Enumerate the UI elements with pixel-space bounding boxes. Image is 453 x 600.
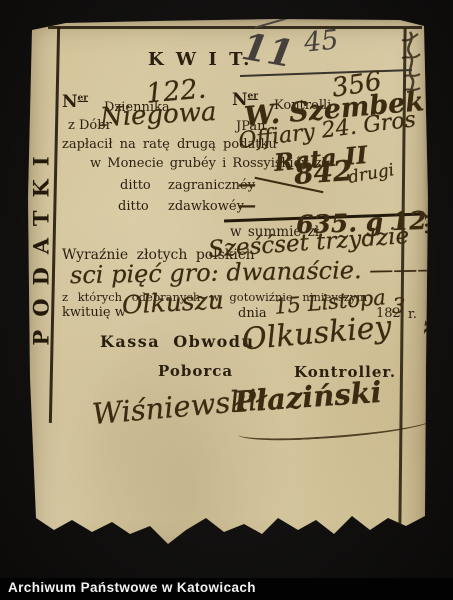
side-vertical-label-text: PODATKI (29, 143, 54, 345)
dobr-value: Niegowa (99, 97, 217, 133)
receipt-document: PODATKI K W I T. 11 45 Ner Dziennika 122… (26, 18, 428, 556)
year-handwritten: 3 (392, 294, 405, 318)
ditto2-name: zdawkowéy (168, 199, 244, 214)
ditto2-label: ditto (118, 199, 149, 214)
nr-dziennika-label: Ner (62, 92, 88, 112)
dnia-label: dnia (238, 306, 267, 321)
kwit-label: kwituię w (62, 305, 126, 320)
archive-scan-page: { "archive_bar": { "caption": "Archiwum … (0, 0, 453, 600)
archive-caption-bar: Archiwum Państwowe w Katowicach (0, 578, 453, 600)
pencil-number-1: 11 (239, 24, 297, 76)
kassa-label: Kassa Obwodu (100, 332, 255, 351)
ditto1-dash: — (238, 174, 256, 195)
top-border-line (48, 26, 422, 29)
nr-sup: er (78, 93, 88, 103)
ditto2-dash: — (238, 195, 256, 216)
margin-mark-top: IW (421, 213, 439, 237)
words-handwritten-2: sci pięć gro: dwanaście. ——— (70, 255, 442, 289)
amount-value: 842 (293, 154, 354, 191)
margin-mark-mid: K (420, 320, 439, 335)
archive-caption: Archiwum Państwowe w Katowicach (8, 580, 256, 595)
ditto1-label: ditto (120, 178, 151, 193)
poborca-label: Poborca (158, 362, 233, 380)
nr-letter: N (62, 92, 78, 112)
pencil-number-2: 45 (302, 24, 339, 58)
year-r: r. (408, 307, 417, 322)
document-title: K W I T. (148, 49, 252, 70)
side-vertical-label: PODATKI (20, 70, 62, 418)
place-value: Olkuszu (121, 285, 224, 319)
